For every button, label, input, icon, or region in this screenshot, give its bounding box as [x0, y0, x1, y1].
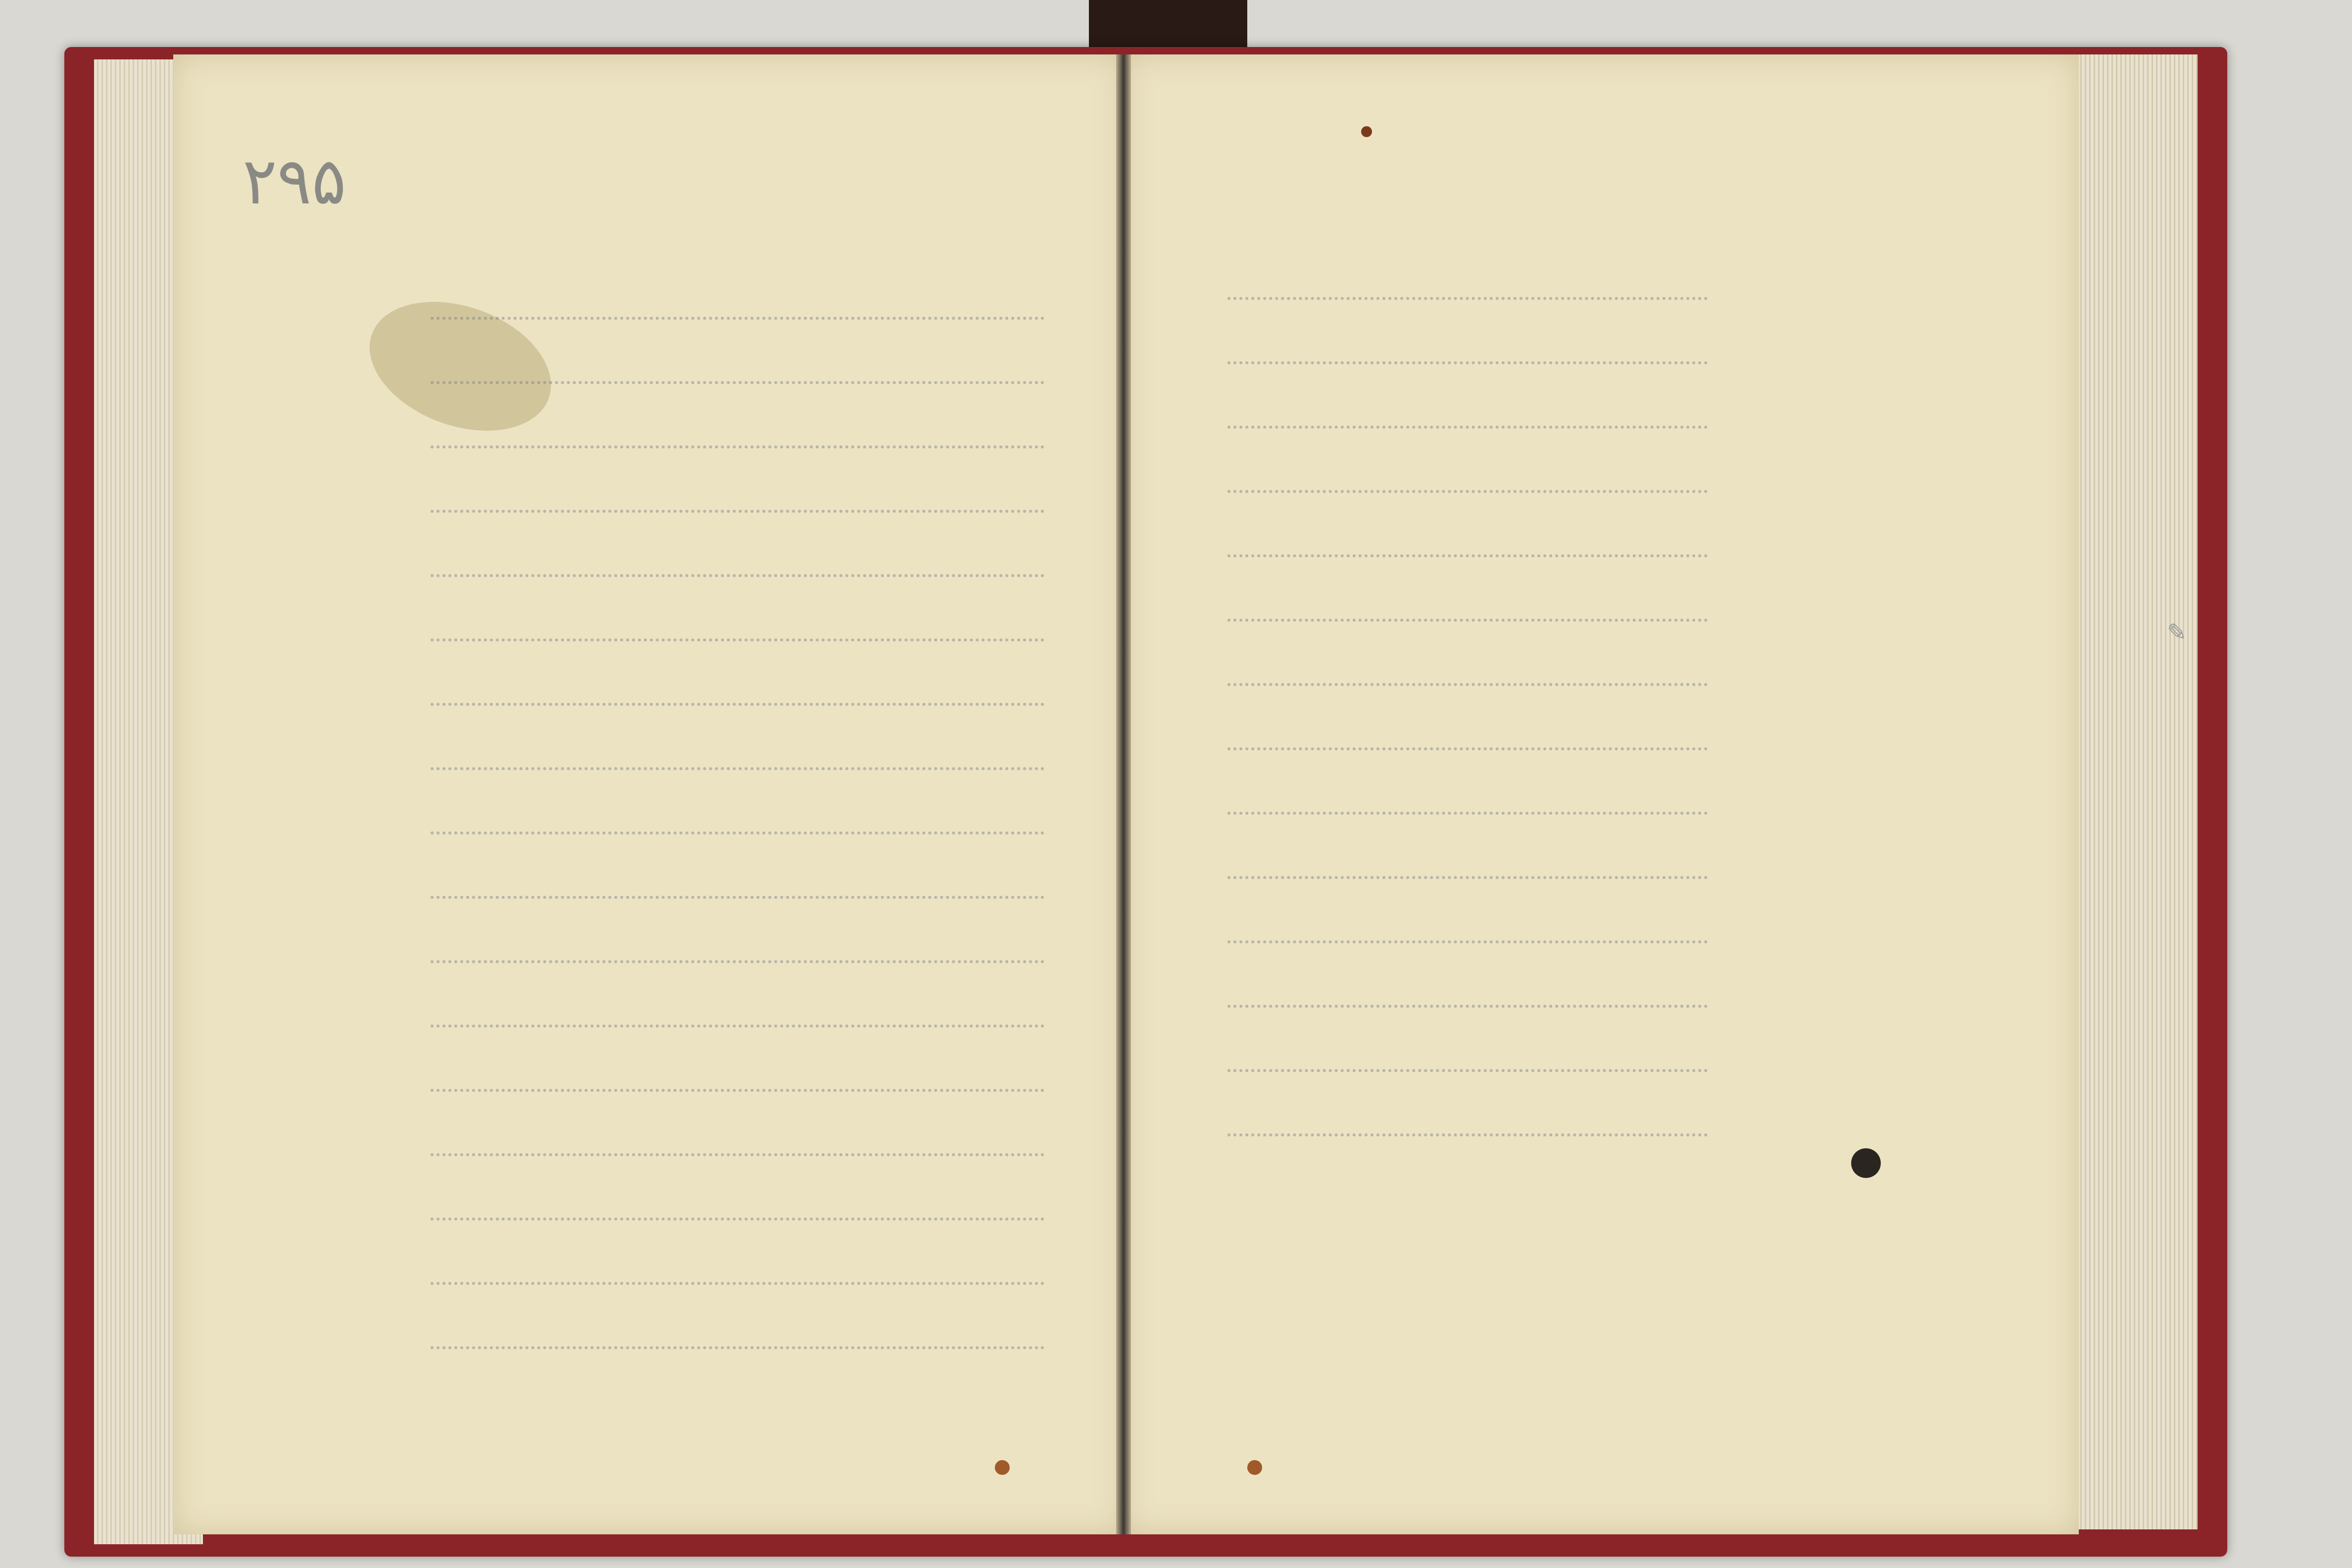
spot [1361, 126, 1372, 137]
fore-edge-inscription: ✎ [2163, 619, 2191, 646]
gutter [1116, 54, 1131, 1534]
folio-number: ۲۹۵ [243, 144, 346, 219]
spot [1247, 1460, 1262, 1475]
spot [995, 1460, 1010, 1475]
spine-headband [1089, 0, 1247, 54]
ink-blot [1851, 1148, 1881, 1178]
left-page-text [431, 297, 1044, 1391]
right-page-text [1227, 277, 1708, 1178]
right-page-edges [2064, 54, 2198, 1529]
